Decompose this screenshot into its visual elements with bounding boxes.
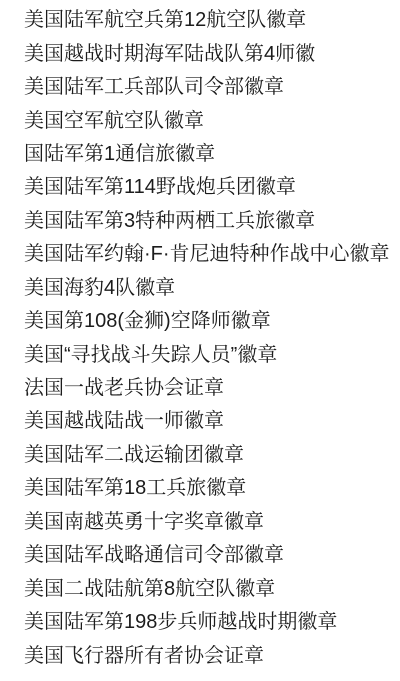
badge-list-item: 美国陆军航空兵第12航空队徽章 <box>24 1 394 34</box>
badge-list-item: 美国第108(金狮)空降师徽章 <box>24 302 394 335</box>
badge-list-item: 美国空军航空队徽章 <box>24 101 394 134</box>
badge-title-list: 美国陆军航空兵第12航空队徽章 美国越战时期海军陆战队第4师徽 美国陆军工兵部队… <box>0 0 400 670</box>
badge-list-item: 美国“寻找战斗失踪人员”徽章 <box>24 335 394 368</box>
badge-list-item: 法国一战老兵协会证章 <box>24 369 394 402</box>
badge-list-item: 美国陆军工兵部队司令部徽章 <box>24 68 394 101</box>
badge-list-item: 美国二战陆航第8航空队徽章 <box>24 569 394 602</box>
badge-list-item: 美国飞行器所有者协会证章 <box>24 636 394 669</box>
badge-list-item: 美国陆军约翰·F·肯尼迪特种作战中心徽章 <box>24 235 394 268</box>
badge-list-item: 美国海豹4队徽章 <box>24 269 394 302</box>
badge-list-item: 美国越战陆战一师徽章 <box>24 402 394 435</box>
badge-list-item: 美国陆军第114野战炮兵团徽章 <box>24 168 394 201</box>
badge-list-item: 美国越战时期海军陆战队第4师徽 <box>24 34 394 67</box>
badge-list-item: 美国陆军战略通信司令部徽章 <box>24 536 394 569</box>
badge-list-item: 美国陆军二战运输团徽章 <box>24 436 394 469</box>
badge-list-item: 美国南越英勇十字奖章徽章 <box>24 503 394 536</box>
badge-list-item: 美国陆军第198步兵师越战时期徽章 <box>24 603 394 636</box>
badge-list-item: 美国陆军第3特种两栖工兵旅徽章 <box>24 202 394 235</box>
badge-list-item: 国陆军第1通信旅徽章 <box>24 135 394 168</box>
badge-list-item: 美国陆军第18工兵旅徽章 <box>24 469 394 502</box>
